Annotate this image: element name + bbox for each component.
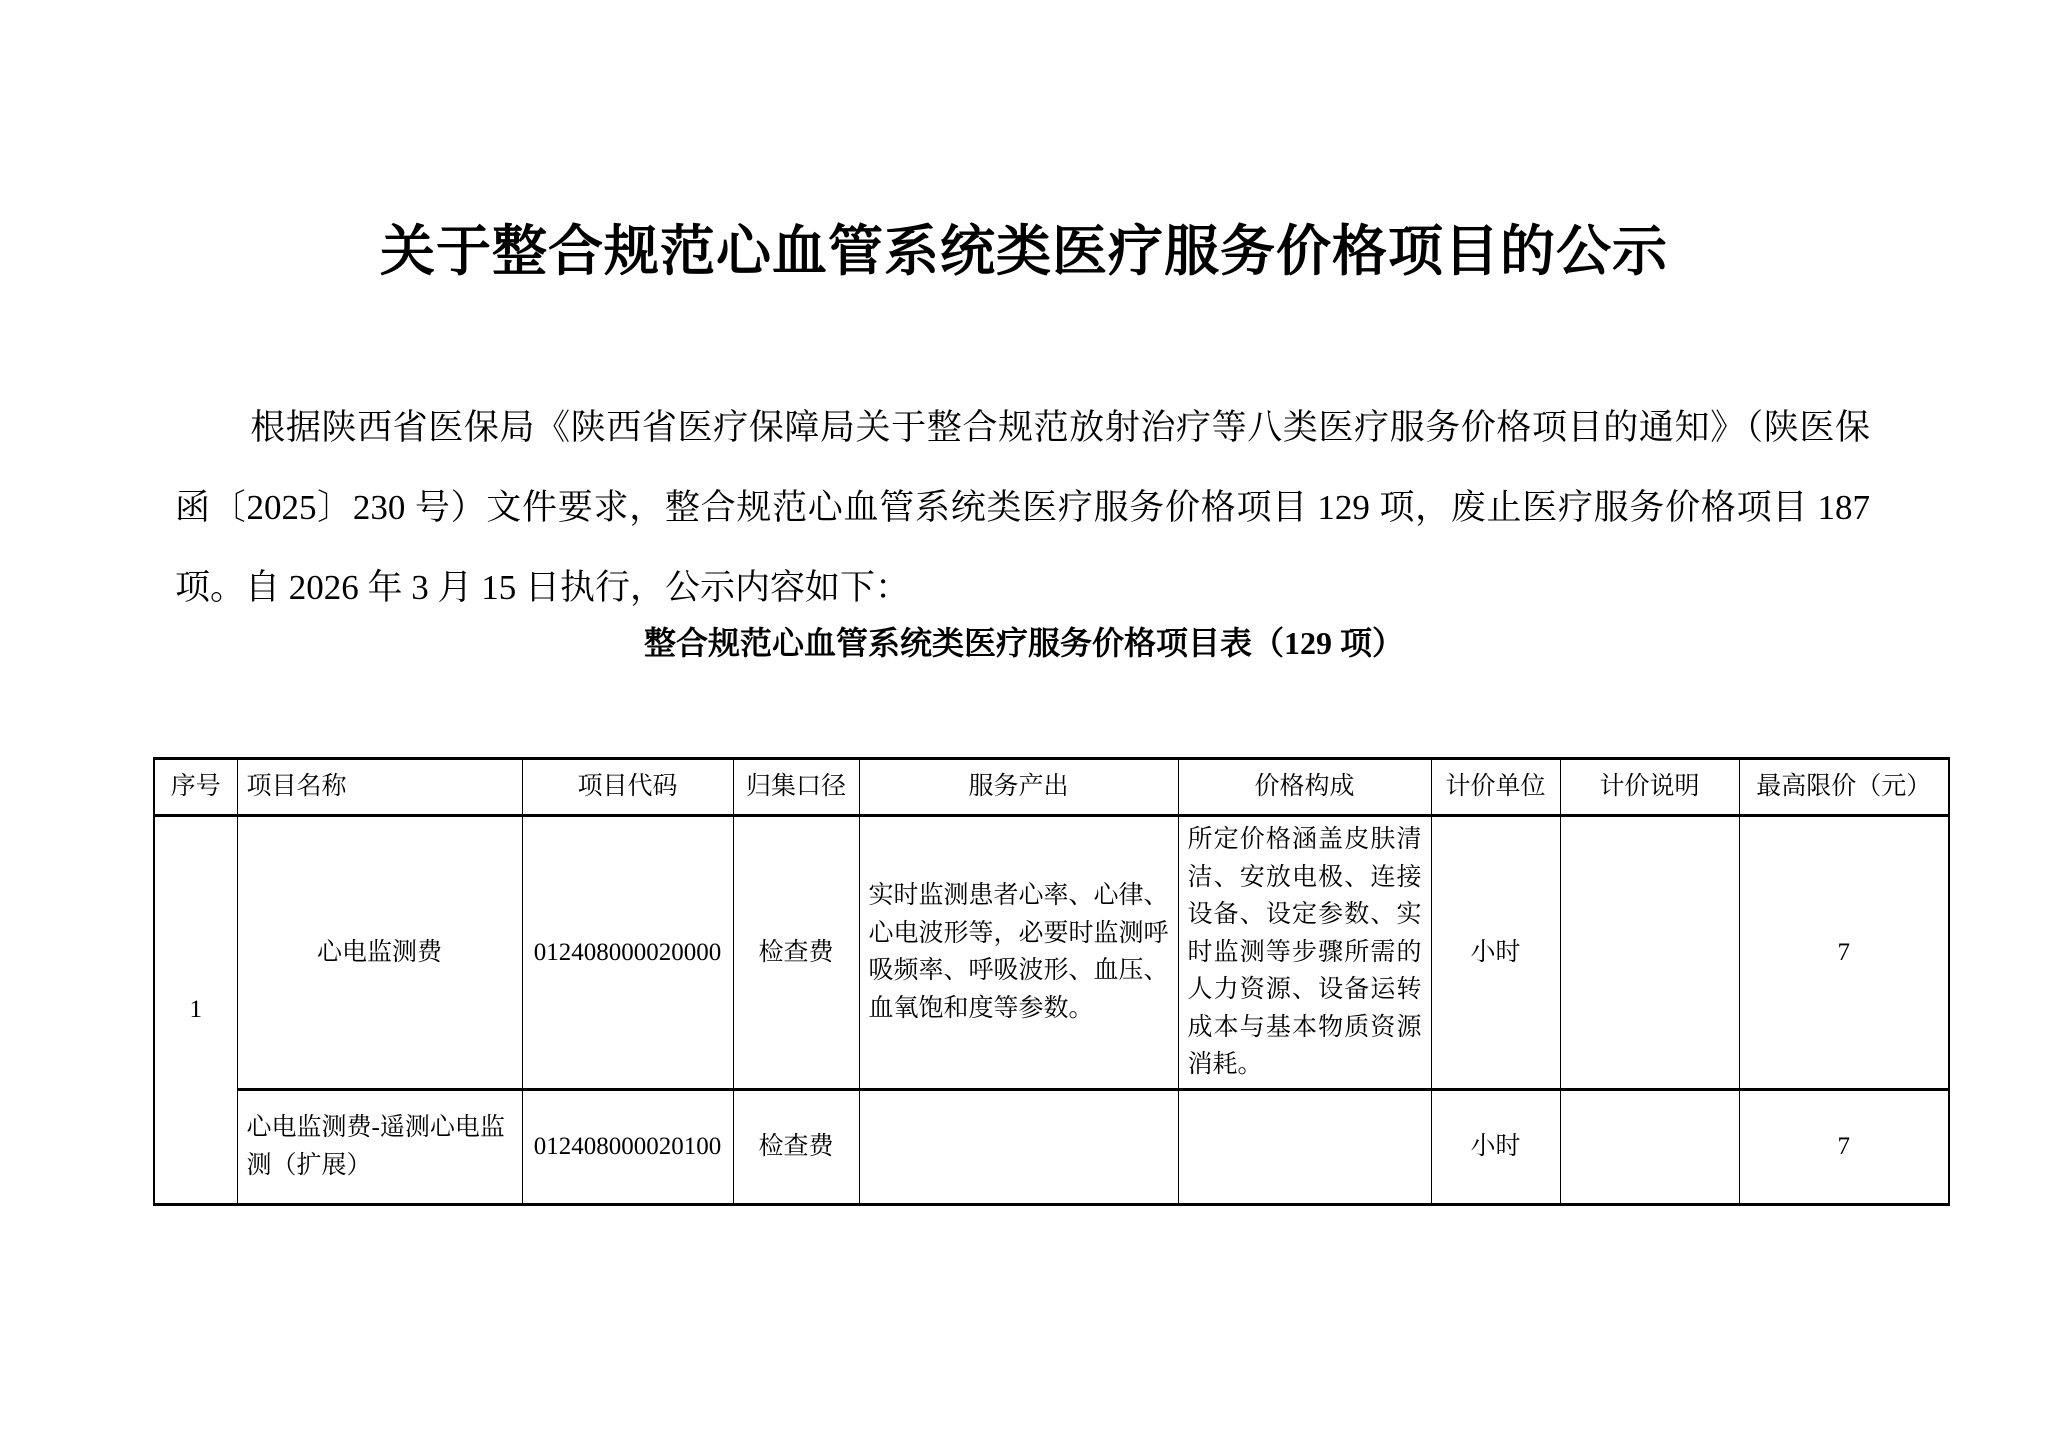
cell-category-1: 检查费 bbox=[733, 816, 859, 1090]
header-pricing-note: 计价说明 bbox=[1560, 759, 1739, 816]
cell-price-composition-1: 所定价格涵盖皮肤清洁、安放电极、连接设备、设定参数、实时监测等步骤所需的人力资源… bbox=[1178, 816, 1431, 1090]
cell-pricing-unit-2: 小时 bbox=[1431, 1089, 1560, 1204]
cell-max-price-2: 7 bbox=[1739, 1089, 1949, 1204]
cell-service-output-2 bbox=[859, 1089, 1178, 1204]
header-seq: 序号 bbox=[154, 759, 237, 816]
page-title: 关于整合规范心血管系统类医疗服务价格项目的公示 bbox=[0, 218, 2048, 287]
document-page: 关于整合规范心血管系统类医疗服务价格项目的公示 根据陕西省医保局《陕西省医疗保障… bbox=[0, 0, 2048, 1448]
cell-pricing-note-2 bbox=[1560, 1089, 1739, 1204]
header-pricing-unit: 计价单位 bbox=[1431, 759, 1560, 816]
cell-seq: 1 bbox=[154, 816, 237, 1205]
cell-service-output-1: 实时监测患者心率、心律、心电波形等，必要时监测呼吸频率、呼吸波形、血压、血氧饱和… bbox=[859, 816, 1178, 1090]
header-item-code: 项目代码 bbox=[522, 759, 733, 816]
cell-item-name-2: 心电监测费-遥测心电监测（扩展） bbox=[237, 1089, 522, 1204]
cell-max-price-1: 7 bbox=[1739, 816, 1949, 1090]
cell-item-name-1: 心电监测费 bbox=[237, 816, 522, 1090]
header-item-name: 项目名称 bbox=[237, 759, 522, 816]
cell-item-code-2: 012408000020100 bbox=[522, 1089, 733, 1204]
cell-price-composition-2 bbox=[1178, 1089, 1431, 1204]
header-service-output: 服务产出 bbox=[859, 759, 1178, 816]
table-row-item-1: 1 心电监测费 012408000020000 检查费 实时监测患者心率、心律、… bbox=[154, 816, 1949, 1090]
cell-pricing-note-1 bbox=[1560, 816, 1739, 1090]
header-max-price: 最高限价（元） bbox=[1739, 759, 1949, 816]
cell-item-code-1: 012408000020000 bbox=[522, 816, 733, 1090]
cell-pricing-unit-1: 小时 bbox=[1431, 816, 1560, 1090]
table-row-item-2: 心电监测费-遥测心电监测（扩展） 012408000020100 检查费 小时 … bbox=[154, 1089, 1949, 1204]
table-header-row: 序号 项目名称 项目代码 归集口径 服务产出 价格构成 计价单位 计价说明 最高… bbox=[154, 759, 1949, 816]
intro-paragraph: 根据陕西省医保局《陕西省医疗保障局关于整合规范放射治疗等八类医疗服务价格项目的通… bbox=[175, 388, 1870, 628]
price-table: 序号 项目名称 项目代码 归集口径 服务产出 价格构成 计价单位 计价说明 最高… bbox=[153, 757, 1950, 1206]
table-caption: 整合规范心血管系统类医疗服务价格项目表（129 项） bbox=[0, 620, 2048, 666]
header-category: 归集口径 bbox=[733, 759, 859, 816]
cell-category-2: 检查费 bbox=[733, 1089, 859, 1204]
header-price-composition: 价格构成 bbox=[1178, 759, 1431, 816]
